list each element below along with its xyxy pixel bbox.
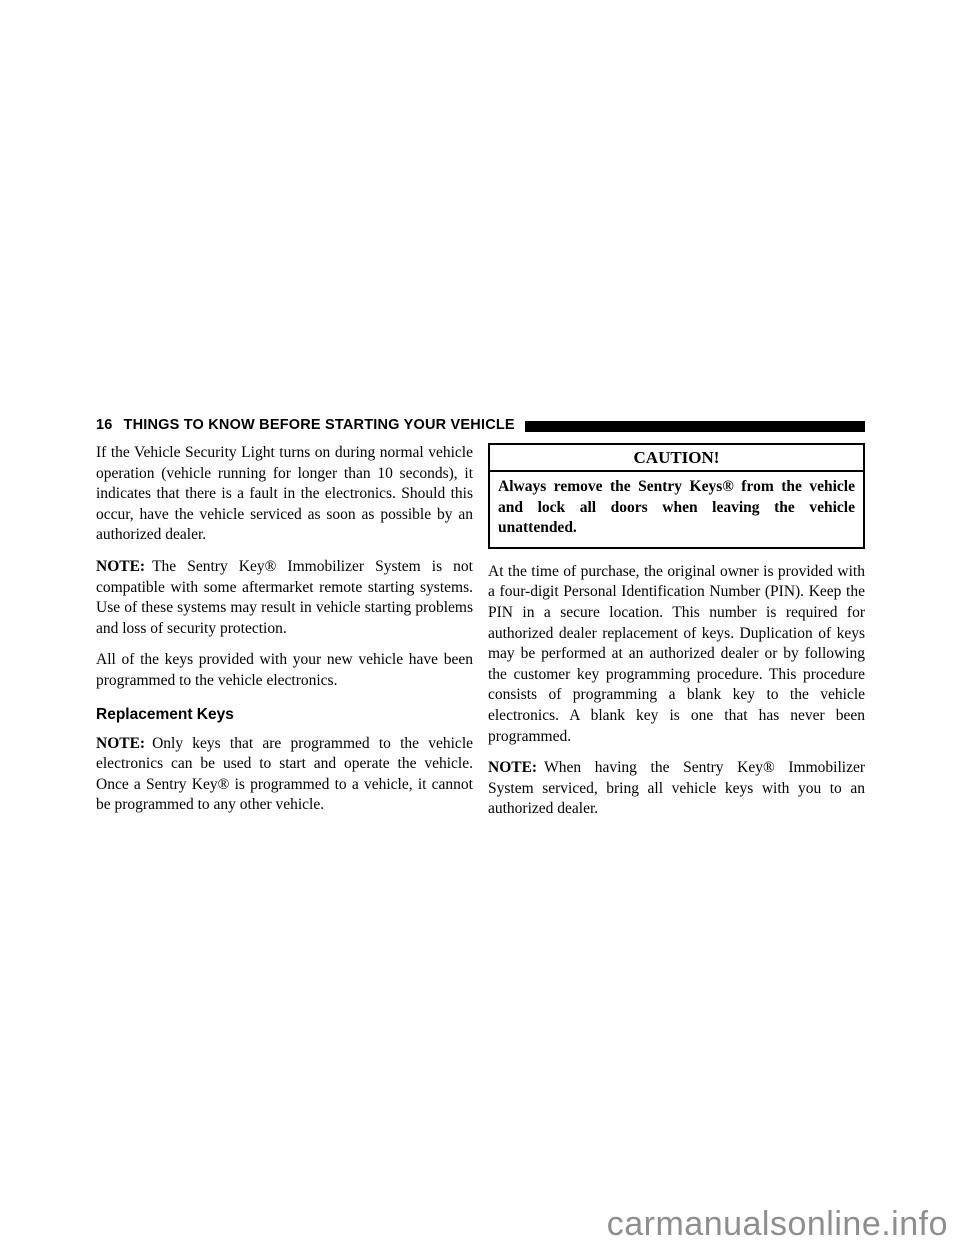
page-header: 16 THINGS TO KNOW BEFORE STARTING YOUR V…	[96, 417, 865, 433]
right-column: CAUTION! Always remove the Sentry Keys® …	[488, 443, 865, 831]
caution-title: CAUTION!	[490, 445, 863, 472]
note-label: NOTE:	[96, 735, 145, 752]
note-label: NOTE:	[488, 759, 537, 776]
caution-box: CAUTION! Always remove the Sentry Keys® …	[488, 443, 865, 549]
left-column: If the Vehicle Security Light turns on d…	[96, 443, 473, 827]
header-rule-bar	[525, 421, 865, 432]
note-replacement-keys: NOTE:Only keys that are programmed to th…	[96, 734, 473, 816]
two-column-layout: If the Vehicle Security Light turns on d…	[96, 443, 865, 831]
paragraph-pin: At the time of purchase, the original ow…	[488, 562, 865, 747]
note-immobilizer-compatibility: NOTE:The Sentry Key® Immobilizer System …	[96, 557, 473, 639]
paragraph-security-light: If the Vehicle Security Light turns on d…	[96, 443, 473, 546]
section-heading-replacement-keys: Replacement Keys	[96, 706, 473, 724]
watermark: carmanualsonline.info	[607, 1207, 948, 1241]
note-text: Only keys that are programmed to the veh…	[96, 735, 473, 814]
manual-page: 16 THINGS TO KNOW BEFORE STARTING YOUR V…	[0, 0, 960, 1242]
page-title: THINGS TO KNOW BEFORE STARTING YOUR VEHI…	[124, 417, 515, 433]
page-content: 16 THINGS TO KNOW BEFORE STARTING YOUR V…	[96, 417, 865, 831]
note-service-keys: NOTE:When having the Sentry Key® Immobil…	[488, 758, 865, 820]
page-number: 16	[96, 417, 113, 433]
caution-body: Always remove the Sentry Keys® from the …	[490, 472, 863, 547]
note-label: NOTE:	[96, 558, 145, 575]
note-text: The Sentry Key® Immobilizer System is no…	[96, 558, 473, 637]
note-text: When having the Sentry Key® Immobilizer …	[488, 759, 865, 817]
paragraph-keys-programmed: All of the keys provided with your new v…	[96, 650, 473, 691]
